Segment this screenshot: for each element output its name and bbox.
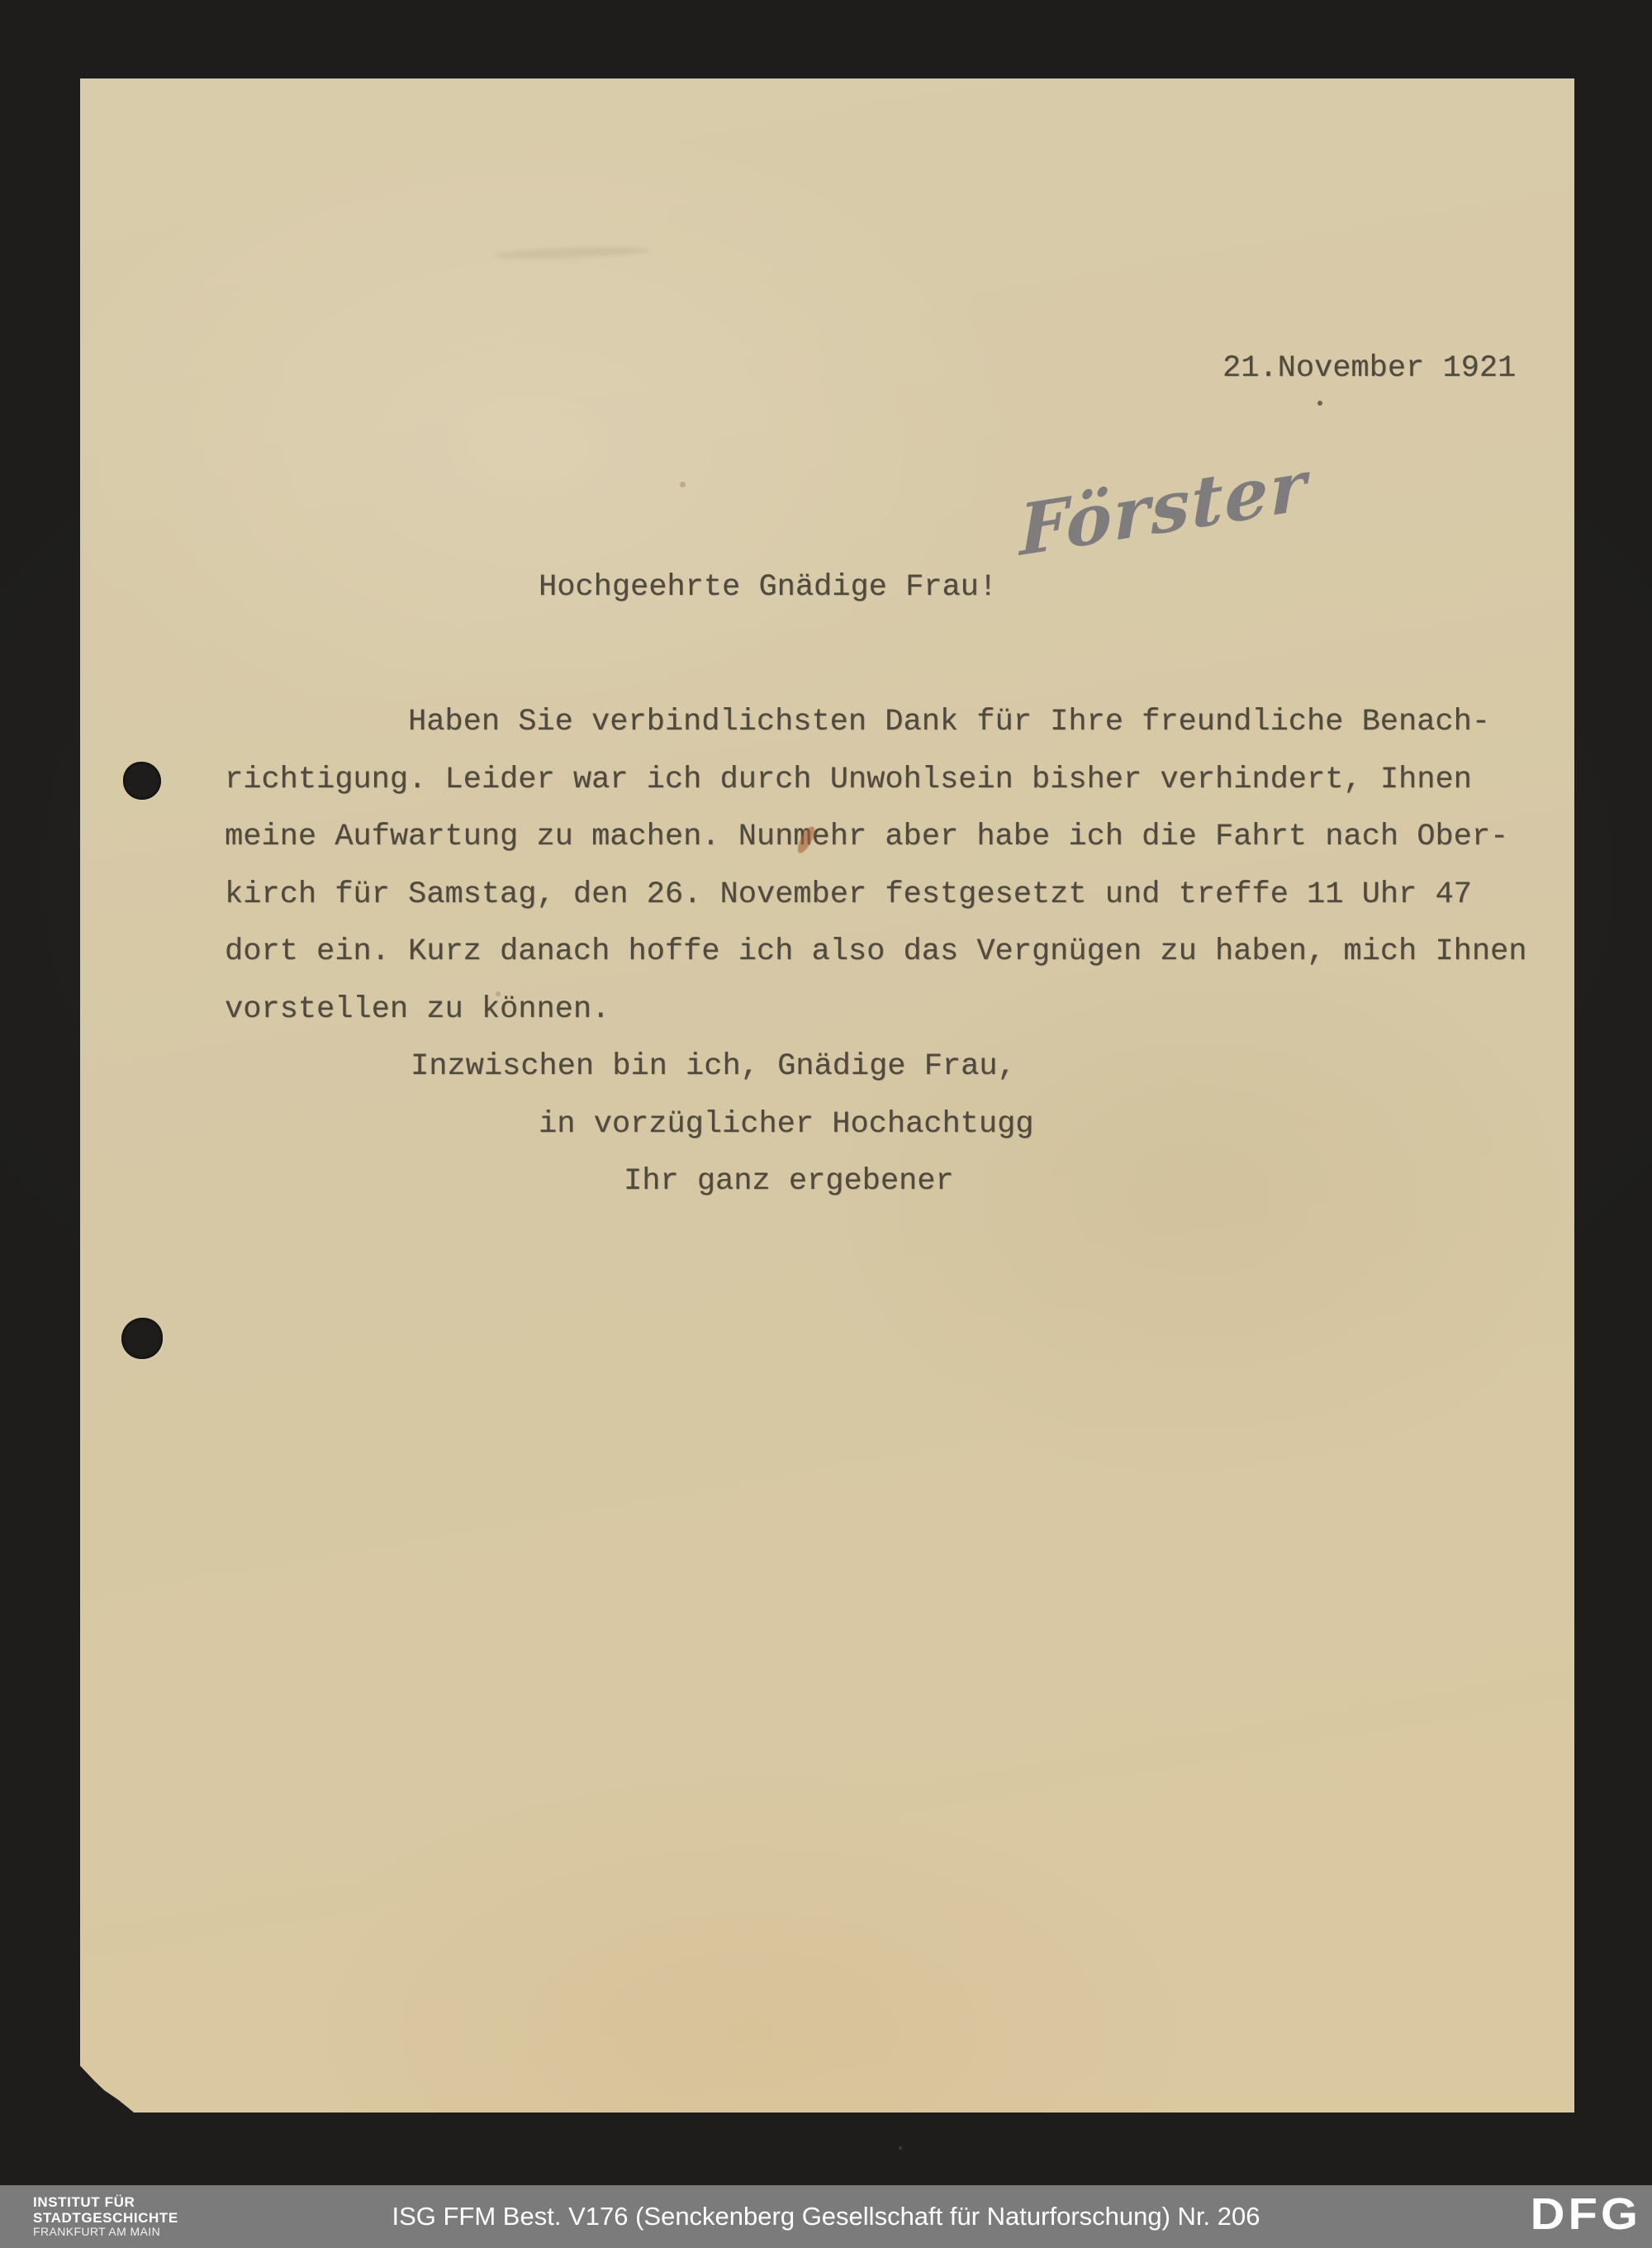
smudge-mark <box>493 245 650 261</box>
archive-reference: ISG FFM Best. V176 (Senckenberg Gesellsc… <box>0 2185 1652 2248</box>
letter-date: 21.November 1921 <box>1222 351 1516 386</box>
letter-line: richtigung. Leider war ich durch Unwohls… <box>225 752 1526 810</box>
letter-line: dort ein. Kurz danach hoffe ich also das… <box>225 924 1526 981</box>
rust-speck <box>680 482 686 487</box>
letter-line: Ihr ganz ergebener <box>225 1153 1526 1211</box>
punch-hole-bottom <box>121 1318 163 1359</box>
letter-line: kirch für Samstag, den 26. November fest… <box>225 867 1526 924</box>
letter-line: vorstellen zu können. <box>225 981 1526 1039</box>
letter-body: Haben Sie verbindlichsten Dank für Ihre … <box>225 694 1526 1211</box>
punch-hole-top <box>123 762 161 800</box>
dfg-logo: DFG <box>1531 2189 1641 2240</box>
letter-line: meine Aufwartung zu machen. Nunmehr aber… <box>225 809 1526 867</box>
footer-bar: INSTITUT FÜR STADTGESCHICHTE FRANKFURT A… <box>0 2185 1652 2248</box>
letter-salutation: Hochgeehrte Gnädige Frau! <box>539 570 997 605</box>
handwritten-annotation: Förster <box>1018 444 1308 572</box>
letter-line: in vorzüglicher Hochachtugg <box>225 1096 1526 1154</box>
typed-dot-artifact <box>1317 401 1322 406</box>
letter-page: 21.November 1921 Hochgeehrte Gnädige Fra… <box>80 78 1574 2113</box>
letter-line: Inzwischen bin ich, Gnädige Frau, <box>225 1038 1526 1096</box>
letter-line: Haben Sie verbindlichsten Dank für Ihre … <box>225 694 1526 752</box>
